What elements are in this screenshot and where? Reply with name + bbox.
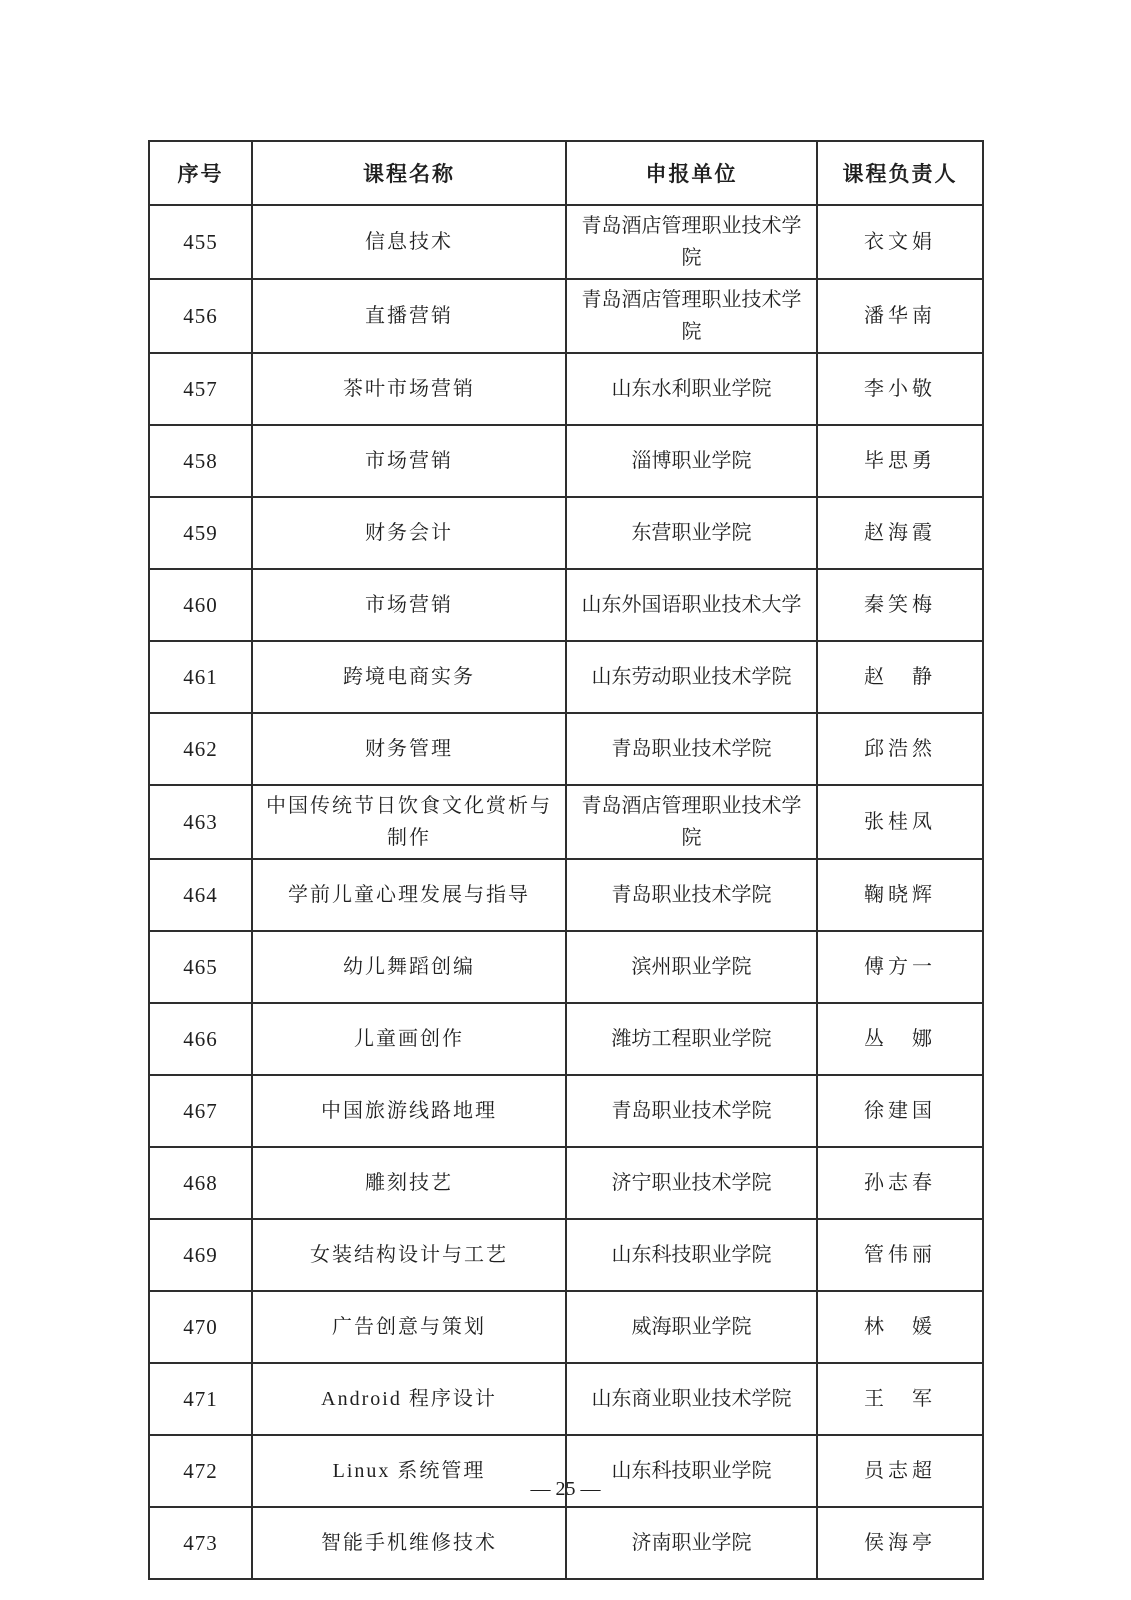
leader-cell: 赵 静 bbox=[817, 641, 983, 713]
table-row: 469女装结构设计与工艺山东科技职业学院管伟丽 bbox=[149, 1219, 983, 1291]
table-row: 464学前儿童心理发展与指导青岛职业技术学院鞠晓辉 bbox=[149, 859, 983, 931]
row-number-cell: 464 bbox=[149, 859, 252, 931]
document-page: 序号课程名称申报单位课程负责人 455信息技术青岛酒店管理职业技术学院衣文娟45… bbox=[0, 0, 1131, 1600]
table-row: 468雕刻技艺济宁职业技术学院孙志春 bbox=[149, 1147, 983, 1219]
table-row: 465幼儿舞蹈创编滨州职业学院傅方一 bbox=[149, 931, 983, 1003]
table-row: 470广告创意与策划威海职业学院林 媛 bbox=[149, 1291, 983, 1363]
column-header-leader: 课程负责人 bbox=[817, 141, 983, 205]
unit-cell: 青岛酒店管理职业技术学院 bbox=[566, 279, 817, 353]
column-header-no: 序号 bbox=[149, 141, 252, 205]
course-name-cell: 智能手机维修技术 bbox=[252, 1507, 566, 1579]
course-name-cell: 财务管理 bbox=[252, 713, 566, 785]
table-row: 473智能手机维修技术济南职业学院侯海亭 bbox=[149, 1507, 983, 1579]
leader-cell: 赵海霞 bbox=[817, 497, 983, 569]
table-row: 457茶叶市场营销山东水利职业学院李小敬 bbox=[149, 353, 983, 425]
table-row: 460市场营销山东外国语职业技术大学秦笑梅 bbox=[149, 569, 983, 641]
row-number-cell: 463 bbox=[149, 785, 252, 859]
course-name-cell: 跨境电商实务 bbox=[252, 641, 566, 713]
leader-cell: 邱浩然 bbox=[817, 713, 983, 785]
course-name-cell: 市场营销 bbox=[252, 425, 566, 497]
table-row: 459财务会计东营职业学院赵海霞 bbox=[149, 497, 983, 569]
unit-cell: 山东劳动职业技术学院 bbox=[566, 641, 817, 713]
row-number-cell: 462 bbox=[149, 713, 252, 785]
course-name-cell: 财务会计 bbox=[252, 497, 566, 569]
row-number-cell: 460 bbox=[149, 569, 252, 641]
course-name-cell: 茶叶市场营销 bbox=[252, 353, 566, 425]
leader-cell: 衣文娟 bbox=[817, 205, 983, 279]
row-number-cell: 470 bbox=[149, 1291, 252, 1363]
unit-cell: 山东水利职业学院 bbox=[566, 353, 817, 425]
unit-cell: 威海职业学院 bbox=[566, 1291, 817, 1363]
leader-cell: 王 军 bbox=[817, 1363, 983, 1435]
row-number-cell: 473 bbox=[149, 1507, 252, 1579]
table-row: 461跨境电商实务山东劳动职业技术学院赵 静 bbox=[149, 641, 983, 713]
course-name-cell: 中国传统节日饮食文化赏析与制作 bbox=[252, 785, 566, 859]
course-name-cell: 女装结构设计与工艺 bbox=[252, 1219, 566, 1291]
course-name-cell: 雕刻技艺 bbox=[252, 1147, 566, 1219]
leader-cell: 林 媛 bbox=[817, 1291, 983, 1363]
leader-cell: 李小敬 bbox=[817, 353, 983, 425]
row-number-cell: 456 bbox=[149, 279, 252, 353]
unit-cell: 青岛酒店管理职业技术学院 bbox=[566, 785, 817, 859]
leader-cell: 潘华南 bbox=[817, 279, 983, 353]
leader-cell: 孙志春 bbox=[817, 1147, 983, 1219]
course-name-cell: 广告创意与策划 bbox=[252, 1291, 566, 1363]
unit-cell: 青岛职业技术学院 bbox=[566, 713, 817, 785]
leader-cell: 丛 娜 bbox=[817, 1003, 983, 1075]
course-name-cell: 幼儿舞蹈创编 bbox=[252, 931, 566, 1003]
row-number-cell: 458 bbox=[149, 425, 252, 497]
leader-cell: 鞠晓辉 bbox=[817, 859, 983, 931]
course-name-cell: 中国旅游线路地理 bbox=[252, 1075, 566, 1147]
unit-cell: 滨州职业学院 bbox=[566, 931, 817, 1003]
unit-cell: 山东商业职业技术学院 bbox=[566, 1363, 817, 1435]
table-body: 455信息技术青岛酒店管理职业技术学院衣文娟456直播营销青岛酒店管理职业技术学… bbox=[149, 205, 983, 1579]
unit-cell: 山东科技职业学院 bbox=[566, 1219, 817, 1291]
leader-cell: 秦笑梅 bbox=[817, 569, 983, 641]
leader-cell: 侯海亭 bbox=[817, 1507, 983, 1579]
table-row: 466儿童画创作潍坊工程职业学院丛 娜 bbox=[149, 1003, 983, 1075]
row-number-cell: 459 bbox=[149, 497, 252, 569]
unit-cell: 青岛职业技术学院 bbox=[566, 859, 817, 931]
unit-cell: 济南职业学院 bbox=[566, 1507, 817, 1579]
leader-cell: 张桂凤 bbox=[817, 785, 983, 859]
table-row: 463中国传统节日饮食文化赏析与制作青岛酒店管理职业技术学院张桂凤 bbox=[149, 785, 983, 859]
leader-cell: 毕思勇 bbox=[817, 425, 983, 497]
page-number: — 25 — bbox=[0, 1478, 1131, 1501]
unit-cell: 潍坊工程职业学院 bbox=[566, 1003, 817, 1075]
course-name-cell: 直播营销 bbox=[252, 279, 566, 353]
course-name-cell: 市场营销 bbox=[252, 569, 566, 641]
leader-cell: 管伟丽 bbox=[817, 1219, 983, 1291]
leader-cell: 傅方一 bbox=[817, 931, 983, 1003]
course-name-cell: 信息技术 bbox=[252, 205, 566, 279]
course-table: 序号课程名称申报单位课程负责人 455信息技术青岛酒店管理职业技术学院衣文娟45… bbox=[148, 140, 984, 1580]
unit-cell: 淄博职业学院 bbox=[566, 425, 817, 497]
course-name-cell: 学前儿童心理发展与指导 bbox=[252, 859, 566, 931]
unit-cell: 青岛酒店管理职业技术学院 bbox=[566, 205, 817, 279]
table-row: 455信息技术青岛酒店管理职业技术学院衣文娟 bbox=[149, 205, 983, 279]
unit-cell: 东营职业学院 bbox=[566, 497, 817, 569]
course-name-cell: 儿童画创作 bbox=[252, 1003, 566, 1075]
unit-cell: 山东外国语职业技术大学 bbox=[566, 569, 817, 641]
table-header-row: 序号课程名称申报单位课程负责人 bbox=[149, 141, 983, 205]
row-number-cell: 467 bbox=[149, 1075, 252, 1147]
table-row: 467中国旅游线路地理青岛职业技术学院徐建国 bbox=[149, 1075, 983, 1147]
table-row: 458市场营销淄博职业学院毕思勇 bbox=[149, 425, 983, 497]
table-row: 462财务管理青岛职业技术学院邱浩然 bbox=[149, 713, 983, 785]
row-number-cell: 455 bbox=[149, 205, 252, 279]
unit-cell: 青岛职业技术学院 bbox=[566, 1075, 817, 1147]
column-header-course: 课程名称 bbox=[252, 141, 566, 205]
row-number-cell: 468 bbox=[149, 1147, 252, 1219]
row-number-cell: 471 bbox=[149, 1363, 252, 1435]
row-number-cell: 465 bbox=[149, 931, 252, 1003]
row-number-cell: 457 bbox=[149, 353, 252, 425]
row-number-cell: 461 bbox=[149, 641, 252, 713]
leader-cell: 徐建国 bbox=[817, 1075, 983, 1147]
row-number-cell: 469 bbox=[149, 1219, 252, 1291]
course-name-cell: Android 程序设计 bbox=[252, 1363, 566, 1435]
column-header-unit: 申报单位 bbox=[566, 141, 817, 205]
table-row: 456直播营销青岛酒店管理职业技术学院潘华南 bbox=[149, 279, 983, 353]
unit-cell: 济宁职业技术学院 bbox=[566, 1147, 817, 1219]
row-number-cell: 466 bbox=[149, 1003, 252, 1075]
table-row: 471Android 程序设计山东商业职业技术学院王 军 bbox=[149, 1363, 983, 1435]
